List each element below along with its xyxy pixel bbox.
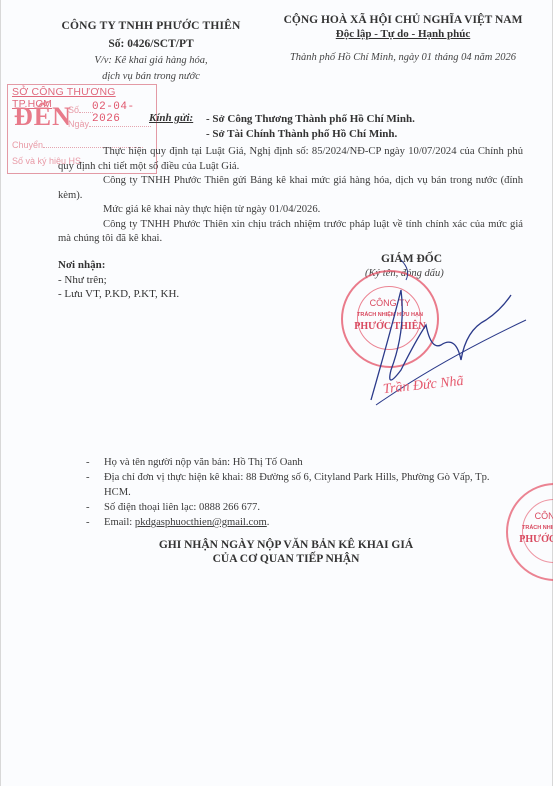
stamp-so-label: Số: [68, 105, 93, 115]
subject-line: V/v: Kê khai giá hàng hóa, dịch vụ bán t…: [41, 53, 261, 85]
document-number: Số: 0426/SCT/PT: [41, 38, 261, 50]
national-header: CỘNG HOÀ XÃ HỘI CHỦ NGHĨA VIỆT NAM Độc l…: [263, 14, 543, 63]
email-row: Email: pkdgasphuocthien@gmail.com.: [86, 515, 506, 530]
phone-row: Số điện thoại liên lạc: 0888 266 677.: [86, 500, 506, 515]
letter-body: Thực hiện quy định tại Luật Giá, Nghị đị…: [58, 145, 523, 247]
addressee-item: - Sở Tài Chính Thành phố Hồ Chí Minh.: [206, 127, 415, 142]
recipient-item: - Lưu VT, P.KD, P.KT, KH.: [58, 287, 179, 302]
addressee-item: - Sở Công Thương Thành phố Hồ Chí Minh.: [206, 112, 415, 127]
body-paragraph: Mức giá kê khai này thực hiện từ ngày 01…: [58, 203, 523, 218]
recipients-block: Nơi nhận: - Như trên; - Lưu VT, P.KD, P.…: [58, 258, 179, 302]
national-motto: Độc lập - Tự do - Hạnh phúc: [263, 28, 543, 40]
body-paragraph: Công ty TNHH Phước Thiên gửi Bảng kê kha…: [58, 174, 523, 203]
stamp-ngay-label: Ngày: [68, 119, 151, 129]
company-name: CÔNG TY TNHH PHƯỚC THIÊN: [41, 20, 261, 32]
addressee-label: Kính gửi:: [149, 112, 193, 124]
recipient-item: - Như trên;: [58, 273, 179, 288]
email-link[interactable]: pkdgasphuocthien@gmail.com: [135, 517, 267, 528]
place-date: Thành phố Hồ Chí Minh, ngày 01 tháng 04 …: [263, 52, 543, 63]
recipients-title: Nơi nhận:: [58, 258, 179, 273]
addressee-list: - Sở Công Thương Thành phố Hồ Chí Minh. …: [206, 112, 415, 142]
document-page: CÔNG TY TNHH PHƯỚC THIÊN Số: 0426/SCT/PT…: [0, 0, 553, 786]
stamp-den: ĐẾN: [14, 102, 72, 132]
partial-seal: CÔNG TY TRÁCH NHIỆM HỮU HẠN PHƯỚC THIÊN: [506, 483, 553, 581]
nation-title: CỘNG HOÀ XÃ HỘI CHỦ NGHĨA VIỆT NAM: [263, 14, 543, 26]
submission-info: Họ và tên người nộp văn bản: Hồ Thị Tố O…: [86, 455, 506, 530]
body-paragraph: Thực hiện quy định tại Luật Giá, Nghị đị…: [58, 145, 523, 174]
body-paragraph: Công ty TNHH Phước Thiên xin chịu trách …: [58, 218, 523, 247]
address-row: Địa chỉ đơn vị thực hiện kê khai: 88 Đườ…: [86, 470, 506, 500]
acknowledgement-heading: GHI NHẬN NGÀY NỘP VĂN BẢN KÊ KHAI GIÁ CỦ…: [121, 538, 451, 566]
submitter-row: Họ và tên người nộp văn bản: Hồ Thị Tố O…: [86, 455, 506, 470]
handwritten-signature: [331, 250, 531, 430]
sender-header: CÔNG TY TNHH PHƯỚC THIÊN Số: 0426/SCT/PT…: [41, 20, 261, 85]
